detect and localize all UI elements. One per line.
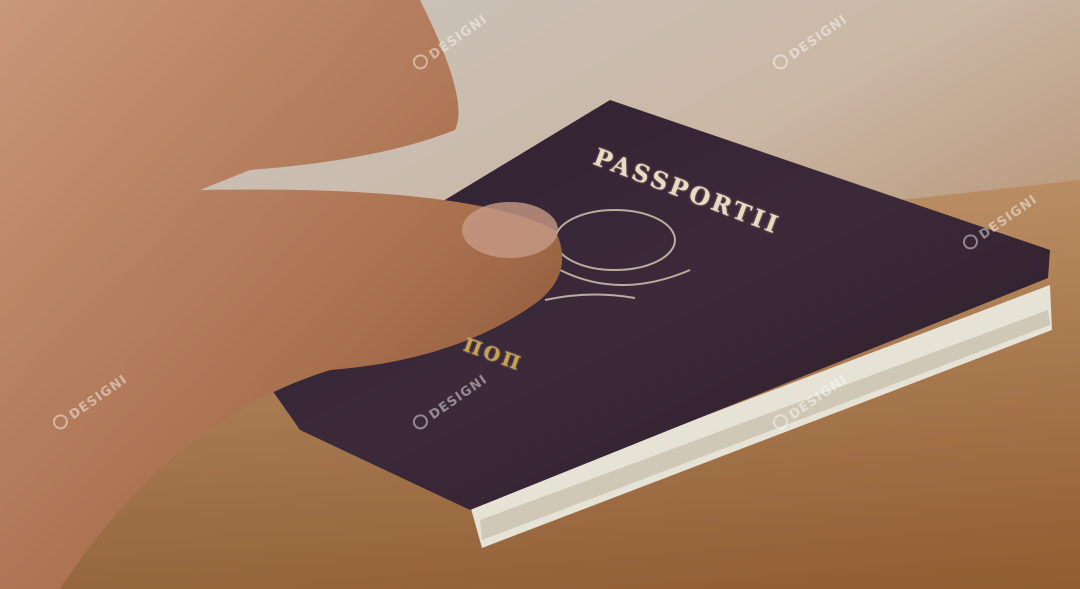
scene-illustration — [0, 0, 1080, 589]
photo-scene: PASSPORTII ПОП DESIGNI DESIGNI DESIGNI D… — [0, 0, 1080, 589]
